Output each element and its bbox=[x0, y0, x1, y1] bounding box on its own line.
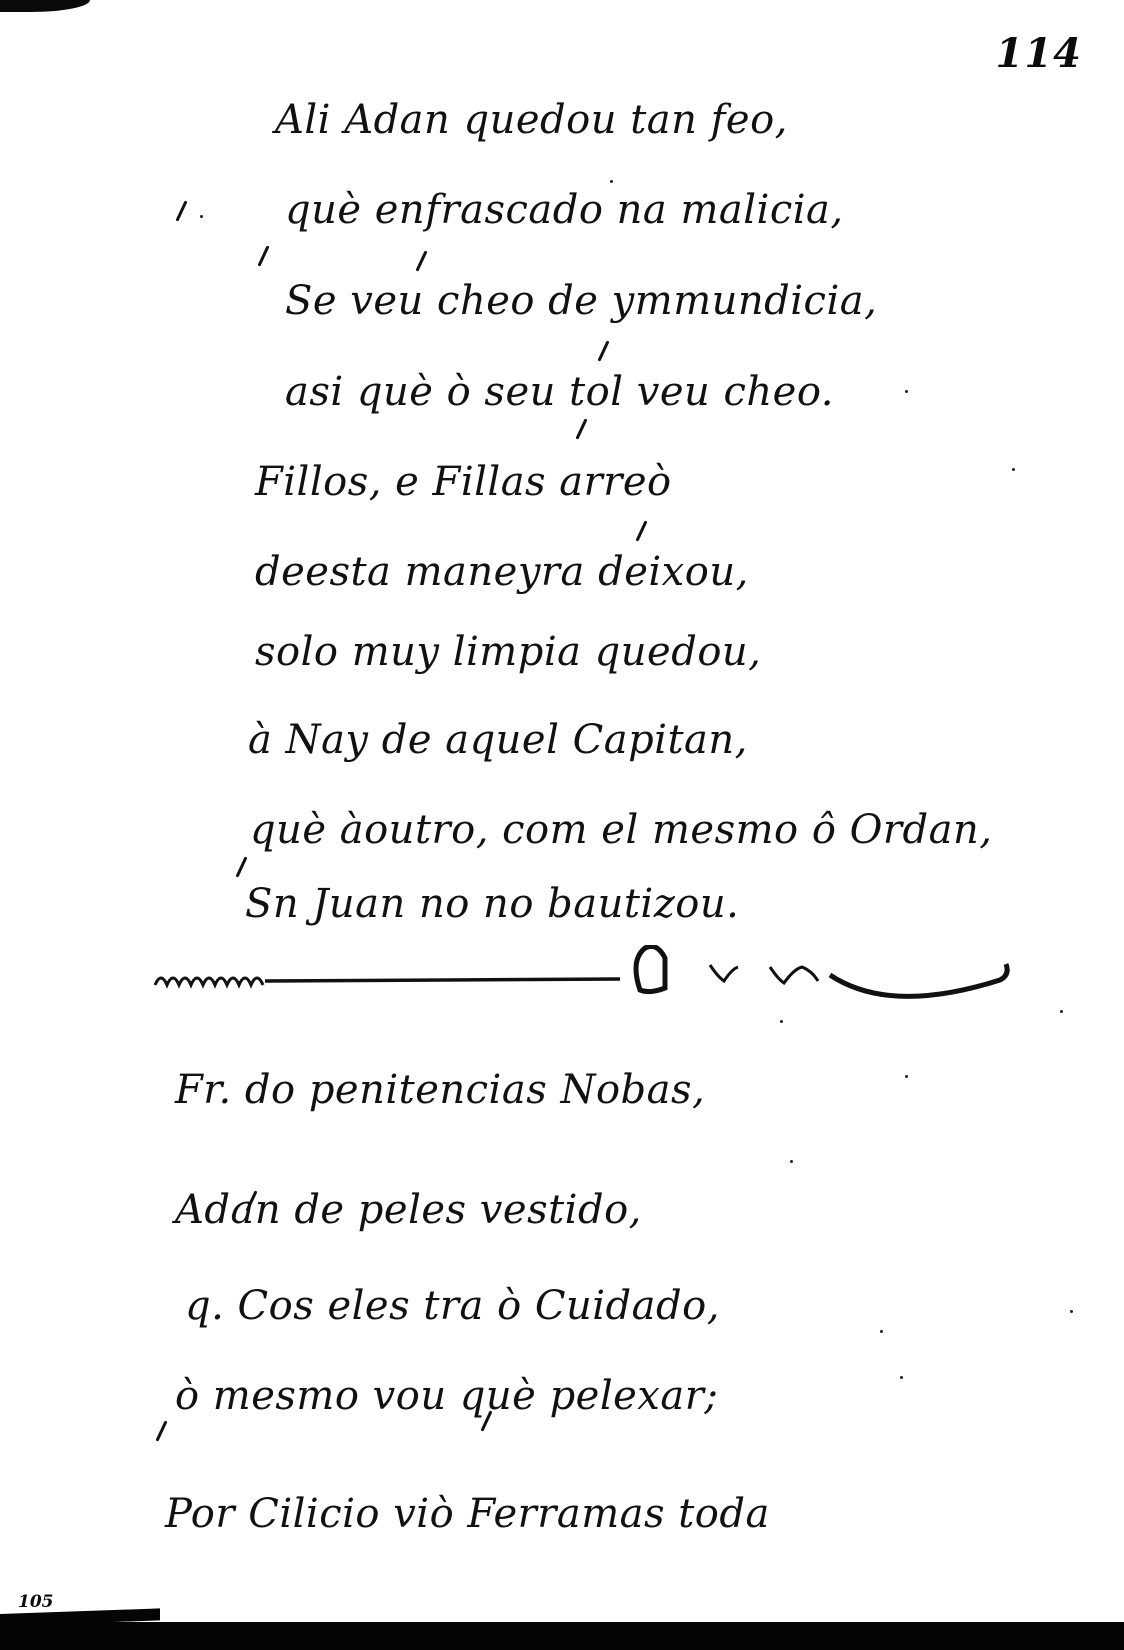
ink-speck bbox=[1070, 1310, 1073, 1313]
ink-speck bbox=[1012, 468, 1015, 471]
verse-line-7: solo muy limpia quedou, bbox=[255, 628, 761, 676]
verse-text: asi què ò seu tol veu cheo. bbox=[285, 369, 834, 415]
verse-text: Se veu cheo de ymmundicia, bbox=[285, 278, 877, 324]
ink-mark bbox=[155, 1420, 167, 1441]
verse-line-4: asi què ò seu tol veu cheo. bbox=[285, 368, 834, 416]
verse-text: Por Cilicio viò Ferramas toda bbox=[165, 1491, 770, 1537]
verse-line-10: Sn Juan no no bautizou. bbox=[245, 880, 739, 928]
ink-speck bbox=[780, 1020, 783, 1023]
verse-text: què enfrascado na malicia, bbox=[285, 187, 844, 233]
ink-speck bbox=[200, 215, 203, 218]
verse-line-6: deesta maneyra deixou, bbox=[255, 548, 749, 596]
verse-text: solo muy limpia quedou, bbox=[255, 629, 761, 675]
scan-edge-bottom bbox=[0, 1622, 1124, 1650]
verse-text: q. Cos eles tra ò Cuidado, bbox=[185, 1283, 720, 1329]
verse-text: Sn Juan no no bautizou. bbox=[245, 881, 739, 927]
flourish-divider bbox=[150, 945, 1010, 1015]
ink-speck bbox=[610, 180, 613, 183]
verse-line-11: Fr. do penitencias Nobas, bbox=[175, 1066, 705, 1114]
manuscript-page: 114 Ali Adan quedou tan feo, què enfrasc… bbox=[0, 0, 1124, 1650]
verse-text: à Nay de aquel Capitan, bbox=[248, 717, 748, 763]
verse-line-14: ò mesmo vou què pelexar; bbox=[175, 1372, 718, 1420]
ink-mark bbox=[175, 200, 187, 221]
scan-edge-top bbox=[0, 0, 90, 12]
verse-text: Ali Adan quedou tan feo, bbox=[275, 97, 788, 143]
verse-line-3: Se veu cheo de ymmundicia, bbox=[285, 277, 877, 325]
ink-mark bbox=[597, 340, 609, 361]
ink-mark bbox=[415, 250, 427, 271]
verse-text: deesta maneyra deixou, bbox=[255, 549, 749, 595]
ink-speck bbox=[905, 390, 908, 393]
ink-speck bbox=[790, 1160, 793, 1163]
verse-text: què àoutro, com el mesmo ô Ordan, bbox=[250, 807, 992, 853]
verse-text: Fillos, e Fillas arreò bbox=[255, 459, 672, 505]
ink-mark bbox=[575, 418, 587, 439]
verse-line-15: Por Cilicio viò Ferramas toda bbox=[165, 1490, 770, 1538]
verse-line-1: Ali Adan quedou tan feo, bbox=[275, 96, 788, 144]
verse-line-13: q. Cos eles tra ò Cuidado, bbox=[185, 1282, 720, 1330]
ink-speck bbox=[880, 1330, 883, 1333]
verse-line-8: à Nay de aquel Capitan, bbox=[248, 716, 748, 764]
ink-mark bbox=[635, 520, 647, 541]
ink-mark bbox=[235, 856, 247, 877]
verse-line-2: què enfrascado na malicia, bbox=[285, 186, 844, 234]
ink-mark bbox=[257, 245, 269, 266]
verse-text: ò mesmo vou què pelexar; bbox=[175, 1373, 718, 1419]
verse-text: Fr. do penitencias Nobas, bbox=[175, 1067, 705, 1113]
stamp-number: 105 bbox=[18, 1592, 54, 1612]
verse-line-5: Fillos, e Fillas arreò bbox=[255, 458, 672, 506]
folio-number: 114 bbox=[996, 30, 1083, 77]
ink-speck bbox=[1060, 1010, 1063, 1013]
verse-line-9: què àoutro, com el mesmo ô Ordan, bbox=[250, 806, 992, 854]
ink-speck bbox=[900, 1376, 903, 1379]
ink-speck bbox=[905, 1075, 908, 1078]
